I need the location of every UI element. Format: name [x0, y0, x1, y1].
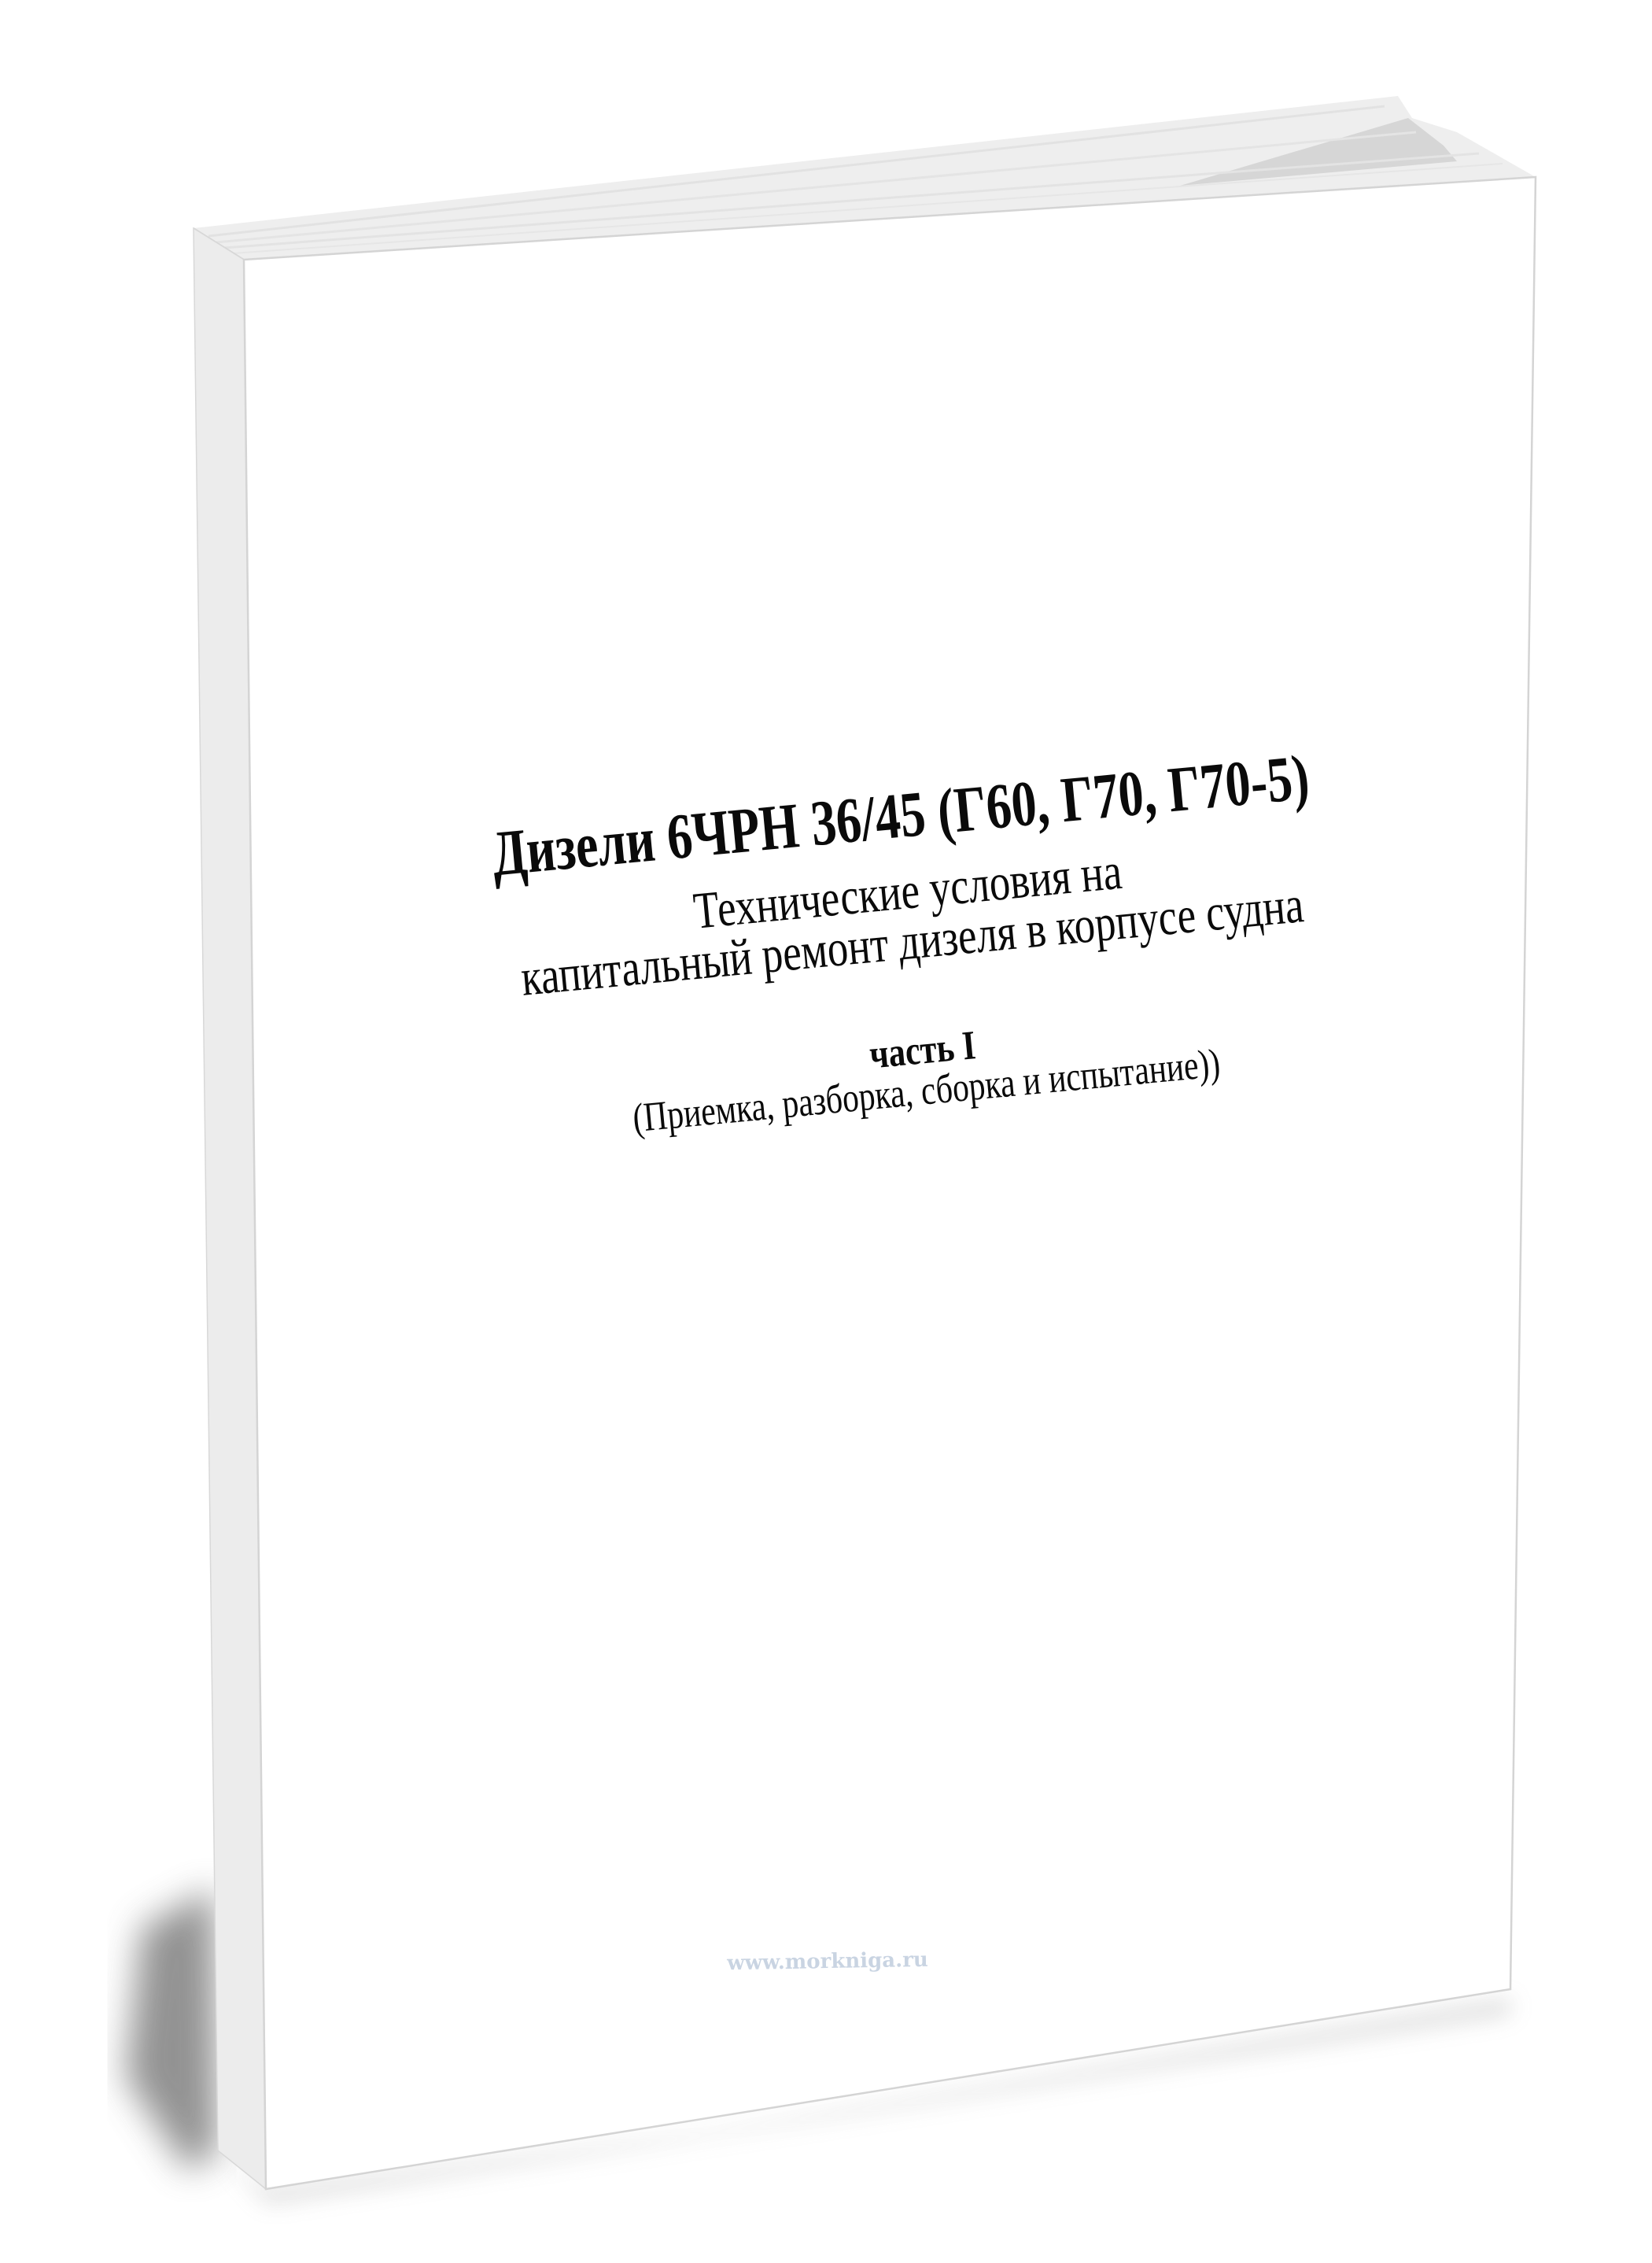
watermark: www.morkniga.ru	[727, 1948, 928, 1975]
book-mockup	[0, 0, 1652, 2263]
book-cover	[244, 177, 1536, 2189]
